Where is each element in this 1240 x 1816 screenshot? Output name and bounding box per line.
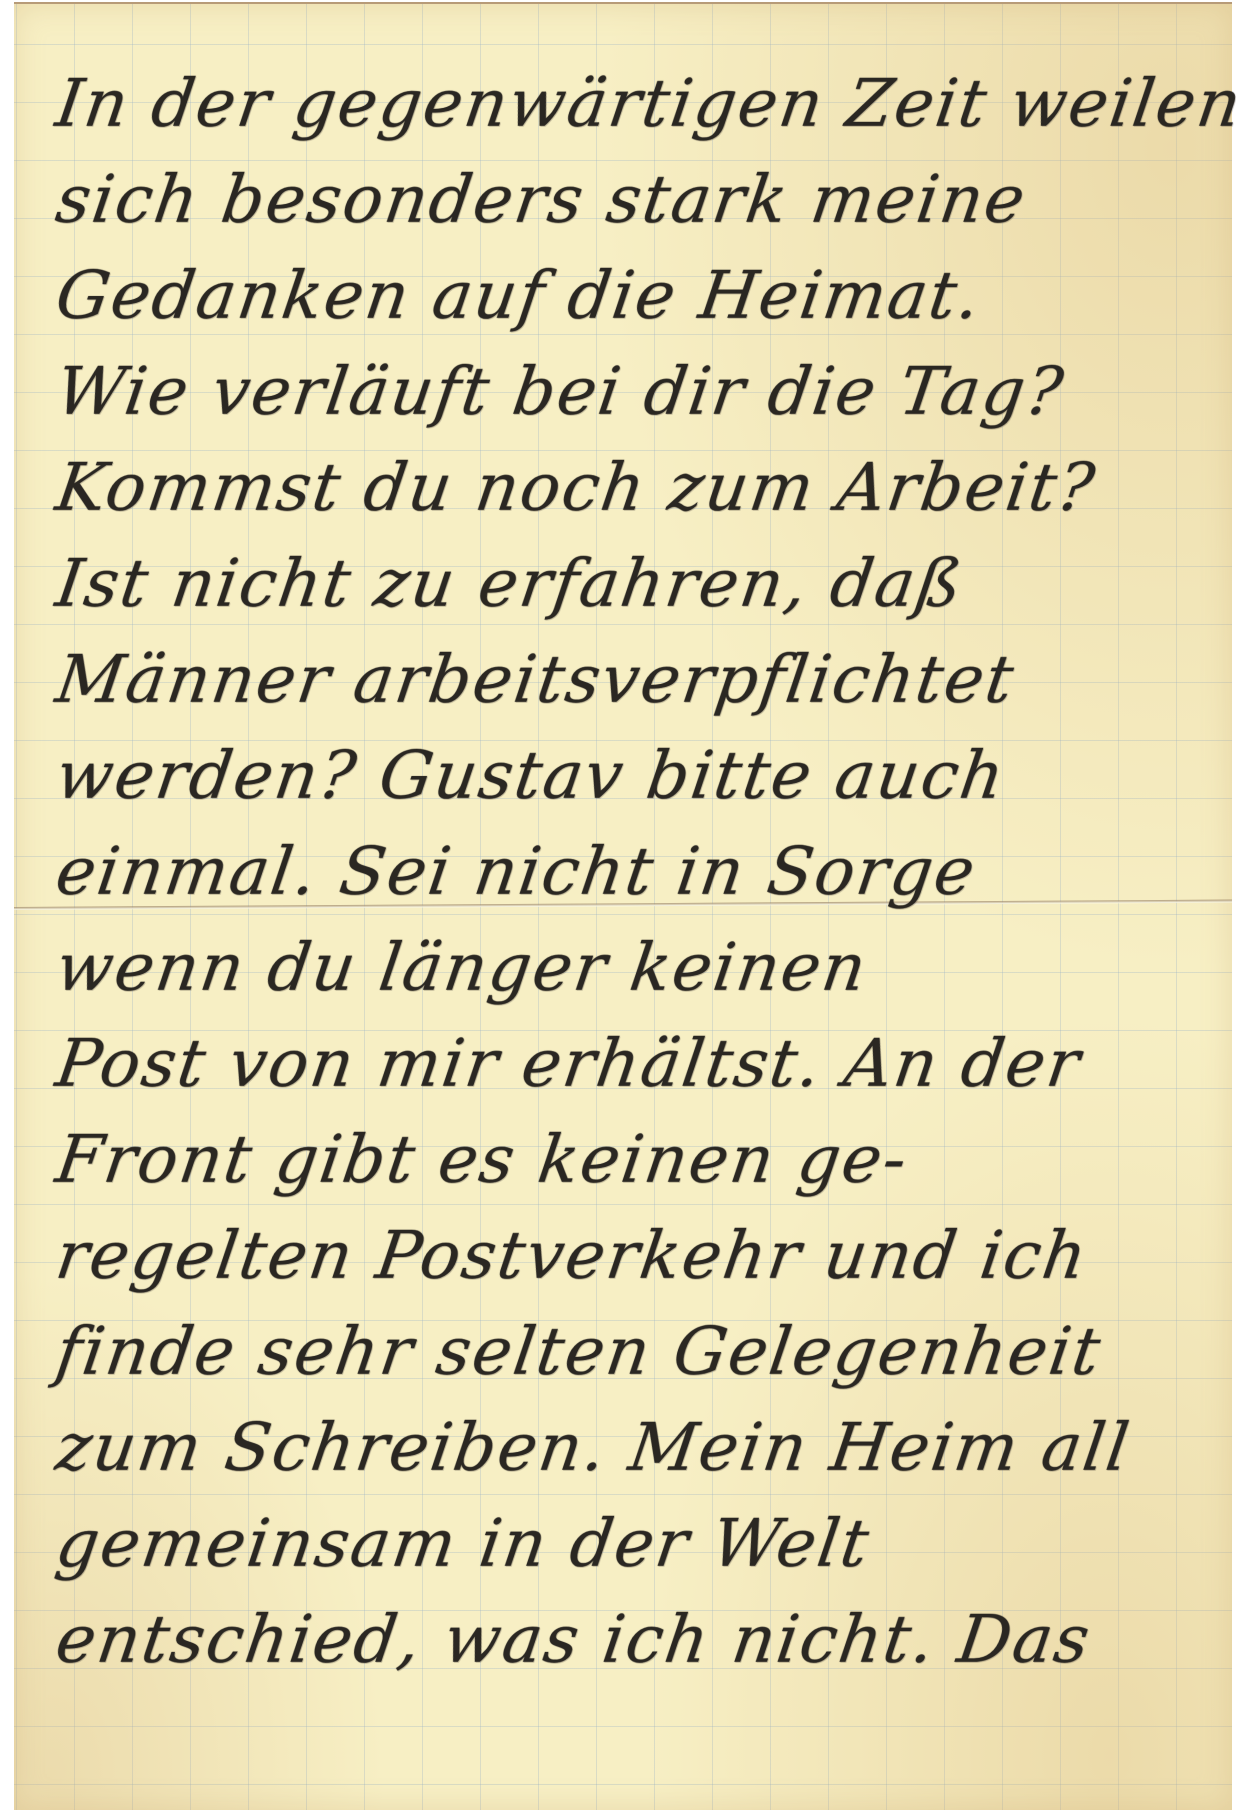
handwritten-line: Ist nicht zu erfahren, daß <box>50 536 1240 632</box>
handwritten-line: gemeinsam in der Welt <box>50 1496 1240 1592</box>
handwritten-line: Wie verläuft bei dir die Tag? <box>50 344 1240 440</box>
letter-body: In der gegenwärtigen Zeit weilen sich be… <box>50 56 1230 1688</box>
handwritten-line: Männer arbeitsverpflichtet <box>50 632 1240 728</box>
handwritten-line: zum Schreiben. Mein Heim all <box>50 1400 1240 1496</box>
handwritten-line: In der gegenwärtigen Zeit weilen <box>50 56 1240 152</box>
handwritten-line: Post von mir erhältst. An der <box>50 1016 1240 1112</box>
handwritten-line: sich besonders stark meine <box>50 152 1240 248</box>
handwritten-line: wenn du länger keinen <box>50 920 1240 1016</box>
handwritten-line: finde sehr selten Gelegenheit <box>50 1304 1240 1400</box>
handwritten-line: Kommst du noch zum Arbeit? <box>50 440 1240 536</box>
handwritten-line: Front gibt es keinen ge- <box>50 1112 1240 1208</box>
handwritten-line: werden? Gustav bitte auch <box>50 728 1240 824</box>
handwritten-line: regelten Postverkehr und ich <box>50 1208 1240 1304</box>
handwritten-line: einmal. Sei nicht in Sorge <box>50 824 1240 920</box>
handwritten-line: Gedanken auf die Heimat. <box>50 248 1240 344</box>
handwritten-line: entschied, was ich nicht. Das <box>50 1592 1240 1688</box>
letter-sheet: In der gegenwärtigen Zeit weilen sich be… <box>14 2 1232 1810</box>
